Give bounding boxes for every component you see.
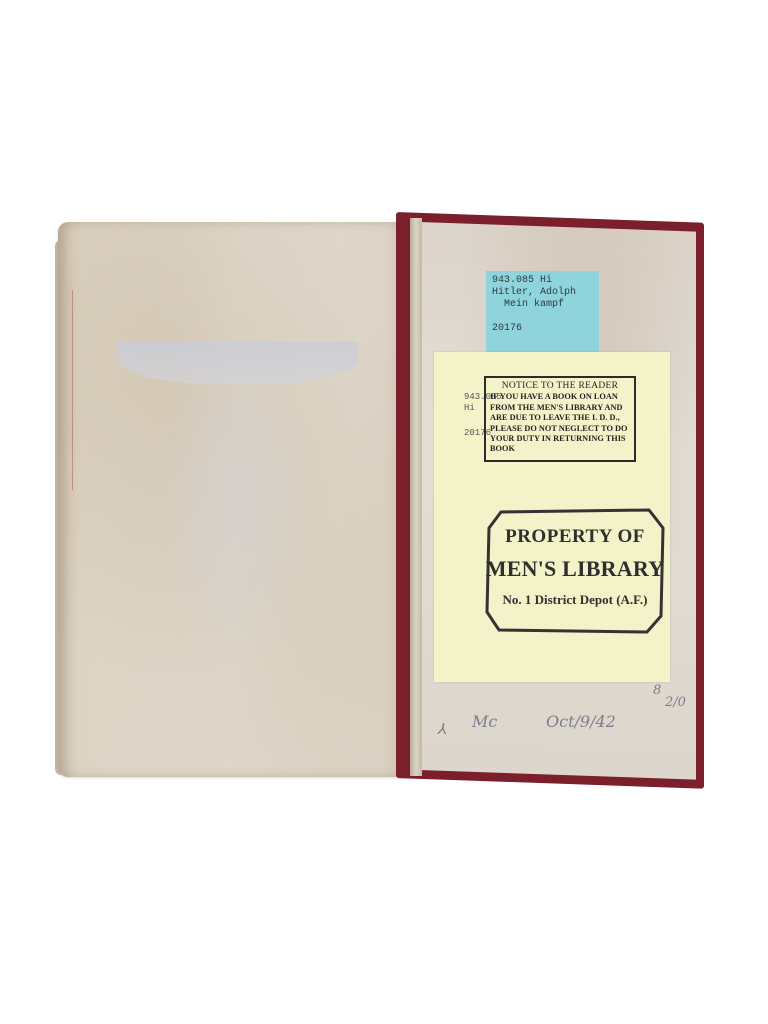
offset-stain-ghost [160,384,310,674]
card-author: Hitler, Adolph [492,287,593,299]
property-stamp: PROPERTY OF MEN'S LIBRARY No. 1 District… [485,508,665,634]
pencil-price-top: 8 [653,683,661,698]
pencil-date: Oct/9/42 [546,712,616,731]
card-accession: 20176 [492,323,593,335]
pencil-price-bottom: 2/0 [665,695,686,710]
notice-line: PLEASE DO NOT NEGLECT TO DO [490,424,630,434]
card-call-number: 943.085 Hi [492,275,593,287]
notice-title: NOTICE TO THE READER [490,381,630,391]
pencil-initials: Mc [472,712,497,731]
stamp-line-1: PROPERTY OF [485,526,665,548]
book-hinge [410,218,422,776]
notice-line: IF YOU HAVE A BOOK ON LOAN [490,392,630,402]
open-book: 943.085 Hi Hitler, Adolph Mein kampf 201… [0,0,768,1024]
notice-line: YOUR DUTY IN RETURNING THIS [490,434,630,444]
endpaper-red-line [72,290,73,490]
stamp-line-2: MEN'S LIBRARY [485,556,665,582]
notice-line: BOOK [490,444,630,454]
notice-line: ARE DUE TO LEAVE THE I. D. D., [490,413,630,423]
notice-box: NOTICE TO THE READER IF YOU HAVE A BOOK … [484,376,636,462]
card-title: Mein kampf [492,299,593,311]
stamp-line-3: No. 1 District Depot (A.F.) [485,592,665,608]
pencil-mark: ⅄ [438,720,447,738]
notice-line: FROM THE MEN'S LIBRARY AND [490,403,630,413]
offset-stain-band [118,342,358,384]
